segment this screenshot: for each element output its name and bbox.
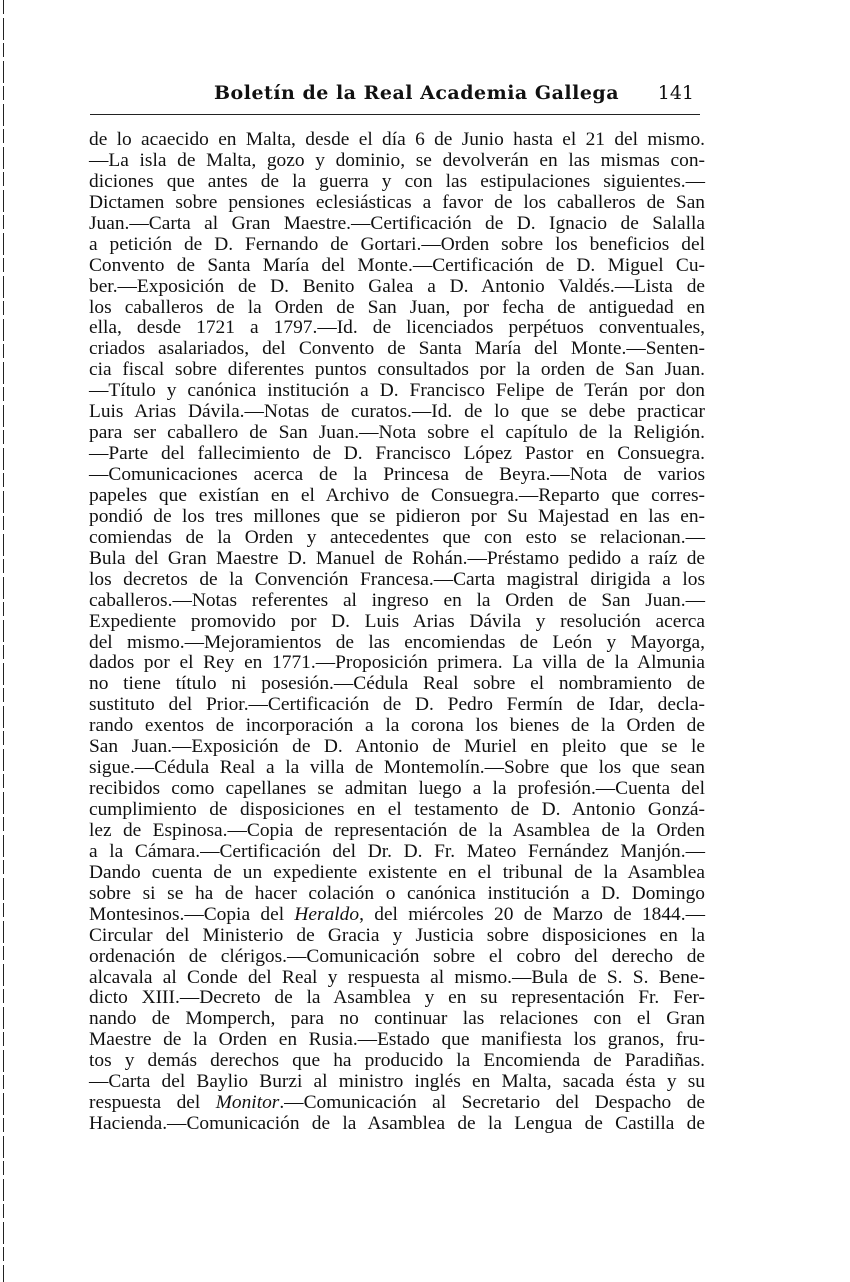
text-segment: Montesinos.—Copia del xyxy=(89,904,294,925)
text-line: alcavala al Conde del Real y respuesta a… xyxy=(89,968,705,989)
text-line: Circular del Ministerio de Gracia y Just… xyxy=(89,926,705,947)
text-line-monitor: respuesta del Monitor.—Comunicación al S… xyxy=(89,1093,705,1114)
text-line: ordenación de clérigos.—Comunicación sob… xyxy=(89,947,705,968)
text-line: tos y demás derechos que ha producido la… xyxy=(89,1051,705,1072)
text-line: para ser caballero de San Juan.—Nota sob… xyxy=(89,423,705,444)
text-line: Convento de Santa María del Monte.—Certi… xyxy=(89,256,705,277)
text-line: —Comunicaciones acerca de la Princesa de… xyxy=(89,465,705,486)
text-segment: .—Comunicación al Secretario del Despach… xyxy=(279,1092,705,1113)
text-line: Maestre de la Orden en Rusia.—Estado que… xyxy=(89,1030,705,1051)
text-line: comiendas de la Orden y antecedentes que… xyxy=(89,528,705,549)
text-line: cumplimiento de disposiciones en el test… xyxy=(89,800,705,821)
body-text: de lo acaecido en Malta, desde el día 6 … xyxy=(89,130,705,1135)
header-rule xyxy=(90,114,700,115)
text-line: nando de Momperch, para no continuar las… xyxy=(89,1009,705,1030)
text-line: Expediente promovido por D. Luis Arias D… xyxy=(89,612,705,633)
text-line: dados por el Rey en 1771.—Proposición pr… xyxy=(89,653,705,674)
text-line: Dando cuenta de un expediente existente … xyxy=(89,863,705,884)
italic-title-monitor: Monitor xyxy=(216,1092,280,1113)
text-line: sobre si se ha de hacer colación o canón… xyxy=(89,884,705,905)
text-line: lez de Espinosa.—Copia de representación… xyxy=(89,821,705,842)
text-line: Hacienda.—Comunicación de la Asamblea de… xyxy=(89,1114,705,1135)
text-line: Juan.—Carta al Gran Maestre.—Certificaci… xyxy=(89,214,705,235)
text-line: Bula del Gran Maestre D. Manuel de Rohán… xyxy=(89,549,705,570)
text-line: —Carta del Baylio Burzi al ministro ingl… xyxy=(89,1072,705,1093)
text-line: a la Cámara.—Certificación del Dr. D. Fr… xyxy=(89,842,705,863)
page-edge-border xyxy=(3,0,4,1282)
text-line: San Juan.—Exposición de D. Antonio de Mu… xyxy=(89,737,705,758)
text-line: ella, desde 1721 a 1797.—Id. de licencia… xyxy=(89,318,705,339)
text-line: ber.—Exposición de D. Benito Galea a D. … xyxy=(89,277,705,298)
text-line-heraldo: Montesinos.—Copia del Heraldo, del miérc… xyxy=(89,905,705,926)
text-line: dicto XIII.—Decreto de la Asamblea y en … xyxy=(89,988,705,1009)
text-line: recibidos como capellanes se admitan lue… xyxy=(89,779,705,800)
text-segment: , del miércoles 20 de Marzo de 1844.— xyxy=(359,904,705,925)
text-line: diciones que antes de la guerra y con la… xyxy=(89,172,705,193)
text-line: sigue.—Cédula Real a la villa de Montemo… xyxy=(89,758,705,779)
text-line: del mismo.—Mejoramientos de las encomien… xyxy=(89,633,705,654)
text-line: los caballeros de la Orden de San Juan, … xyxy=(89,298,705,319)
text-line: rando exentos de incorporación a la coro… xyxy=(89,716,705,737)
text-line: —Parte del fallecimiento de D. Francisco… xyxy=(89,444,705,465)
text-line: los decretos de la Convención Francesa.—… xyxy=(89,570,705,591)
text-line: —La isla de Malta, gozo y dominio, se de… xyxy=(89,151,705,172)
journal-title: Boletín de la Real Academia Gallega xyxy=(214,82,619,104)
text-segment: respuesta del xyxy=(89,1092,216,1113)
text-line: de lo acaecido en Malta, desde el día 6 … xyxy=(89,130,705,151)
text-line: pondió de los tres millones que se pidie… xyxy=(89,507,705,528)
text-line: caballeros.—Notas referentes al ingreso … xyxy=(89,591,705,612)
text-line: sustituto del Prior.—Certificación de D.… xyxy=(89,695,705,716)
text-line: —Título y canónica institución a D. Fran… xyxy=(89,381,705,402)
text-line: criados asalariados, del Convento de San… xyxy=(89,339,705,360)
text-line: papeles que existían en el Archivo de Co… xyxy=(89,486,705,507)
italic-title-heraldo: Heraldo xyxy=(294,904,359,925)
text-line: a petición de D. Fernando de Gortari.—Or… xyxy=(89,235,705,256)
text-line: cia fiscal sobre diferentes puntos consu… xyxy=(89,360,705,381)
text-line: Luis Arias Dávila.—Notas de curatos.—Id.… xyxy=(89,402,705,423)
text-line: Dictamen sobre pensiones eclesiásticas a… xyxy=(89,193,705,214)
text-line: no tiene título ni posesión.—Cédula Real… xyxy=(89,674,705,695)
page-number: 141 xyxy=(658,82,694,104)
running-head: Boletín de la Real Academia Gallega 141 xyxy=(88,82,708,112)
